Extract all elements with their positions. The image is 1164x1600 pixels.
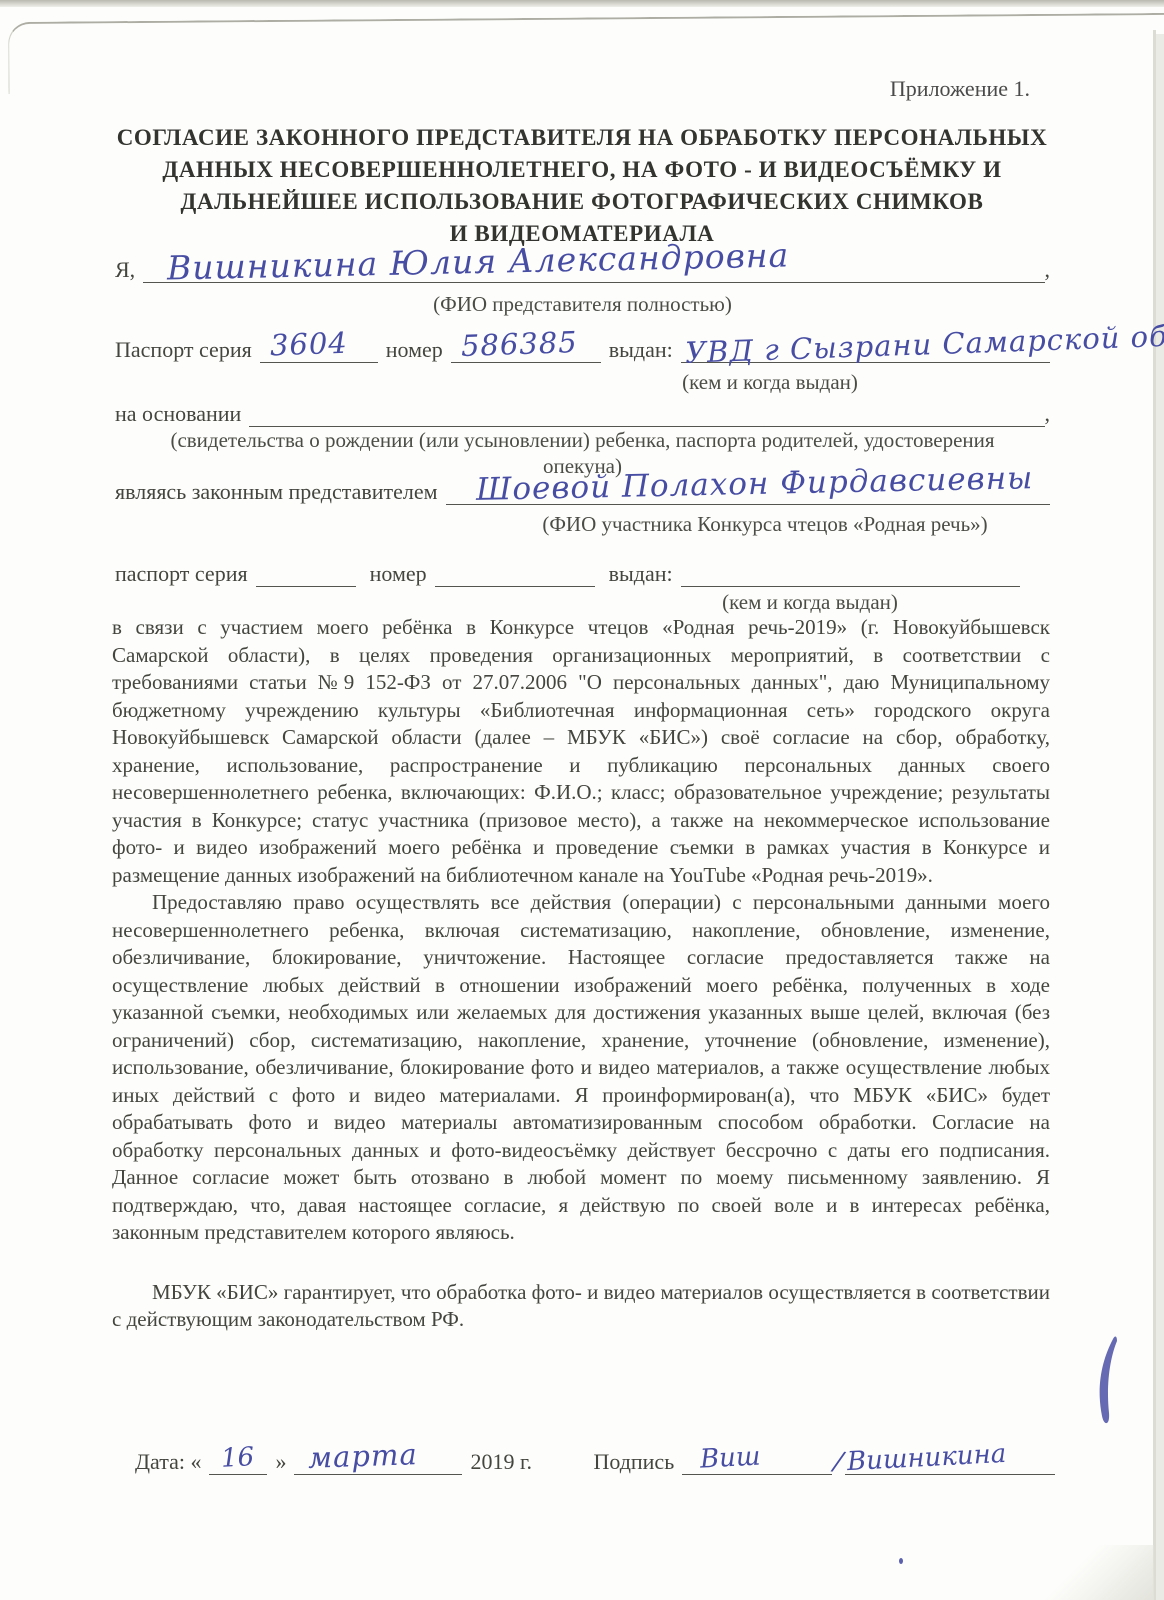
participant-name-blank: Шоевой Полахон Фирдавсиевны (446, 478, 1050, 505)
participant-name-handwriting: Шоевой Полахон Фирдавсиевны (475, 463, 1033, 506)
passport-issued-handwriting: УВД г Сызрани Самарской обл (684, 321, 1164, 368)
participant-passport-issued-blank (681, 560, 1020, 587)
form-title-line-1: СОГЛАСИЕ ЗАКОННОГО ПРЕДСТАВИТЕЛЯ НА ОБРА… (60, 122, 1104, 154)
date-group: Дата: « 16 » марта 2019 г. (135, 1448, 540, 1475)
passport-number-blank: 586385 (451, 336, 601, 363)
participant-passport-series-blank (256, 560, 356, 587)
representative-name-row: Я, Вишникина Юлия Александровна , (115, 256, 1050, 283)
passport-issued-label: выдан: (601, 337, 681, 363)
scan-smudge-bottom-right (1024, 1545, 1154, 1600)
signature-group: Подпись Виш / Вишникина (593, 1448, 1055, 1475)
participant-issued-caption: (кем и когда выдан) (560, 590, 1060, 615)
basis-row: на основании , (115, 400, 1050, 427)
signature-blank: Виш (682, 1448, 832, 1475)
passport-number-handwriting: 586385 (460, 328, 578, 361)
passport-number-label: номер (378, 337, 451, 363)
signature-scribble-handwriting: Виш (700, 1443, 762, 1472)
participant-name-caption: (ФИО участника Конкурса чтецов «Родная р… (480, 512, 1050, 537)
legal-representative-of-label: являясь законным представителем (115, 479, 446, 505)
scan-right-shadow (1156, 34, 1164, 1600)
consent-paragraph-1: в связи с участием моего ребёнка в Конку… (112, 614, 1050, 889)
consent-body-text: в связи с участием моего ребёнка в Конку… (112, 614, 1050, 1334)
trailing-comma: , (1045, 257, 1051, 283)
participant-passport-row: паспорт серия номер выдан: (115, 560, 1020, 587)
date-label: Дата: « (135, 1449, 209, 1475)
basis-label: на основании (115, 401, 249, 427)
date-signature-row: Дата: « 16 » марта 2019 г. Подпись Виш /… (135, 1448, 1055, 1475)
basis-blank (249, 400, 1044, 427)
pen-stroke-mark (1093, 1336, 1123, 1431)
form-title: СОГЛАСИЕ ЗАКОННОГО ПРЕДСТАВИТЕЛЯ НА ОБРА… (60, 122, 1104, 250)
date-year-label: 2019 г. (462, 1449, 540, 1475)
scan-smudge-bottom-left (150, 1570, 570, 1600)
signature-name-blank: Вишникина (845, 1448, 1055, 1475)
participant-passport-number-blank (435, 560, 595, 587)
passport-issued-blank: УВД г Сызрани Самарской обл (681, 336, 1050, 363)
representative-name-blank: Вишникина Юлия Александровна (143, 256, 1044, 283)
date-month-handwriting: марта (308, 1440, 419, 1473)
scanned-consent-form-page: Приложение 1. СОГЛАСИЕ ЗАКОННОГО ПРЕДСТА… (0, 0, 1164, 1600)
issued-caption: (кем и когда выдан) (490, 370, 1050, 395)
participant-name-row: являясь законным представителем Шоевой П… (115, 478, 1050, 505)
i-prefix-label: Я, (115, 257, 143, 283)
basis-trailing-comma: , (1045, 401, 1051, 427)
form-title-line-2: ДАННЫХ НЕСОВЕРШЕННОЛЕТНЕГО, НА ФОТО - И … (60, 154, 1104, 186)
form-title-line-3: ДАЛЬНЕЙШЕЕ ИСПОЛЬЗОВАНИЕ ФОТОГРАФИЧЕСКИХ… (60, 186, 1104, 218)
annex-label: Приложение 1. (890, 76, 1030, 102)
participant-passport-issued-label: выдан: (595, 561, 681, 587)
date-close-quote: » (267, 1449, 294, 1475)
passport-series-handwriting: 3604 (269, 329, 348, 361)
representative-name-caption: (ФИО представителя полностью) (115, 292, 1050, 317)
date-day-handwriting: 16 (221, 1444, 255, 1472)
participant-passport-number-label: номер (356, 561, 435, 587)
signature-name-handwriting: Вишникина (846, 1441, 1006, 1475)
passport-series-blank: 3604 (260, 336, 378, 363)
date-month-blank: марта (294, 1448, 462, 1475)
participant-passport-series-label: паспорт серия (115, 561, 256, 587)
signature-label: Подпись (593, 1449, 682, 1475)
consent-paragraph-2: Предоставляю право осуществлять все дейс… (112, 889, 1050, 1247)
date-day-blank: 16 (209, 1448, 267, 1475)
passport-series-label: Паспорт серия (115, 337, 260, 363)
ink-dot-mark (899, 1558, 903, 1564)
scan-top-shadow (0, 0, 1164, 7)
representative-passport-row: Паспорт серия 3604 номер 586385 выдан: У… (115, 336, 1050, 363)
guarantee-paragraph: МБУК «БИС» гарантирует, что обработка фо… (112, 1279, 1050, 1334)
basis-caption-line-1: (свидетельства о рождении (или усыновлен… (115, 428, 1050, 453)
